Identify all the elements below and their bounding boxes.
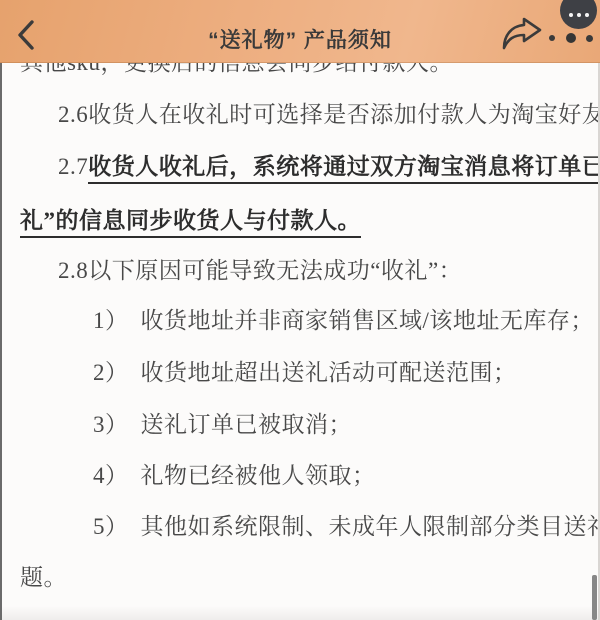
header-bar: “送礼物” 产品须知	[0, 0, 600, 63]
list-item-5: 5）其他如系统限制、未成年人限制部分类目送礼等问	[20, 512, 582, 542]
ellipsis-dot-icon	[585, 13, 589, 17]
page-bottom-shade	[0, 606, 600, 620]
app-screen: 其他sku，更换后的信息会同步给付款人。 2.6收货人在收礼时可选择是否添加付款…	[0, 0, 600, 620]
list-item-2-text: 收货地址超出送礼活动可配送范围；	[141, 360, 517, 385]
more-dot-icon	[566, 33, 576, 43]
list-item-5-marker: 5）	[93, 512, 129, 542]
list-item-2: 2）收货地址超出送礼活动可配送范围；	[20, 358, 582, 388]
list-item-1-text: 收货地址并非商家销售区域/该地址无库存；	[141, 308, 594, 333]
paragraph-2-7-bold-text-wrap: 礼”的信息同步收货人与付款人。	[20, 208, 361, 238]
paragraph-2-7-number: 2.7	[58, 154, 88, 179]
paragraph-2-7-bold-text: 收货人收礼后，系统将通过双方淘宝消息将订单已被“收	[88, 154, 600, 184]
list-item-4-marker: 4）	[93, 461, 129, 491]
paragraph-2-7-line2: 礼”的信息同步收货人与付款人。	[20, 206, 582, 236]
share-forward-icon	[499, 45, 545, 60]
share-button[interactable]	[499, 15, 545, 57]
scrollbar-thumb[interactable]	[592, 575, 597, 620]
list-item-3-text: 送礼订单已被取消；	[141, 412, 353, 437]
more-dot-icon	[549, 35, 555, 41]
paragraph-2-8: 2.8以下原因可能导致无法成功“收礼”：	[20, 256, 582, 286]
list-item-4: 4）礼物已经被他人领取；	[20, 461, 582, 491]
list-item-1: 1）收货地址并非商家销售区域/该地址无库存；	[20, 306, 582, 336]
list-item-3: 3）送礼订单已被取消；	[20, 410, 582, 440]
list-item-1-marker: 1）	[93, 306, 129, 336]
page-left-edge	[0, 62, 2, 620]
paragraph-2-6: 2.6收货人在收礼时可选择是否添加付款人为淘宝好友。	[20, 100, 582, 130]
ellipsis-dot-icon	[577, 13, 581, 17]
list-item-2-marker: 2）	[93, 358, 129, 388]
list-item-3-marker: 3）	[93, 410, 129, 440]
list-item-5-wrap-line: 题。	[20, 563, 582, 593]
list-item-4-text: 礼物已经被他人领取；	[141, 463, 376, 488]
more-dot-icon	[586, 35, 593, 42]
ellipsis-dot-icon	[569, 13, 573, 17]
list-item-5-text: 其他如系统限制、未成年人限制部分类目送礼等问	[141, 514, 600, 539]
more-button[interactable]	[549, 29, 593, 47]
paragraph-2-7-line1: 2.7收货人收礼后，系统将通过双方淘宝消息将订单已被“收	[20, 152, 582, 182]
